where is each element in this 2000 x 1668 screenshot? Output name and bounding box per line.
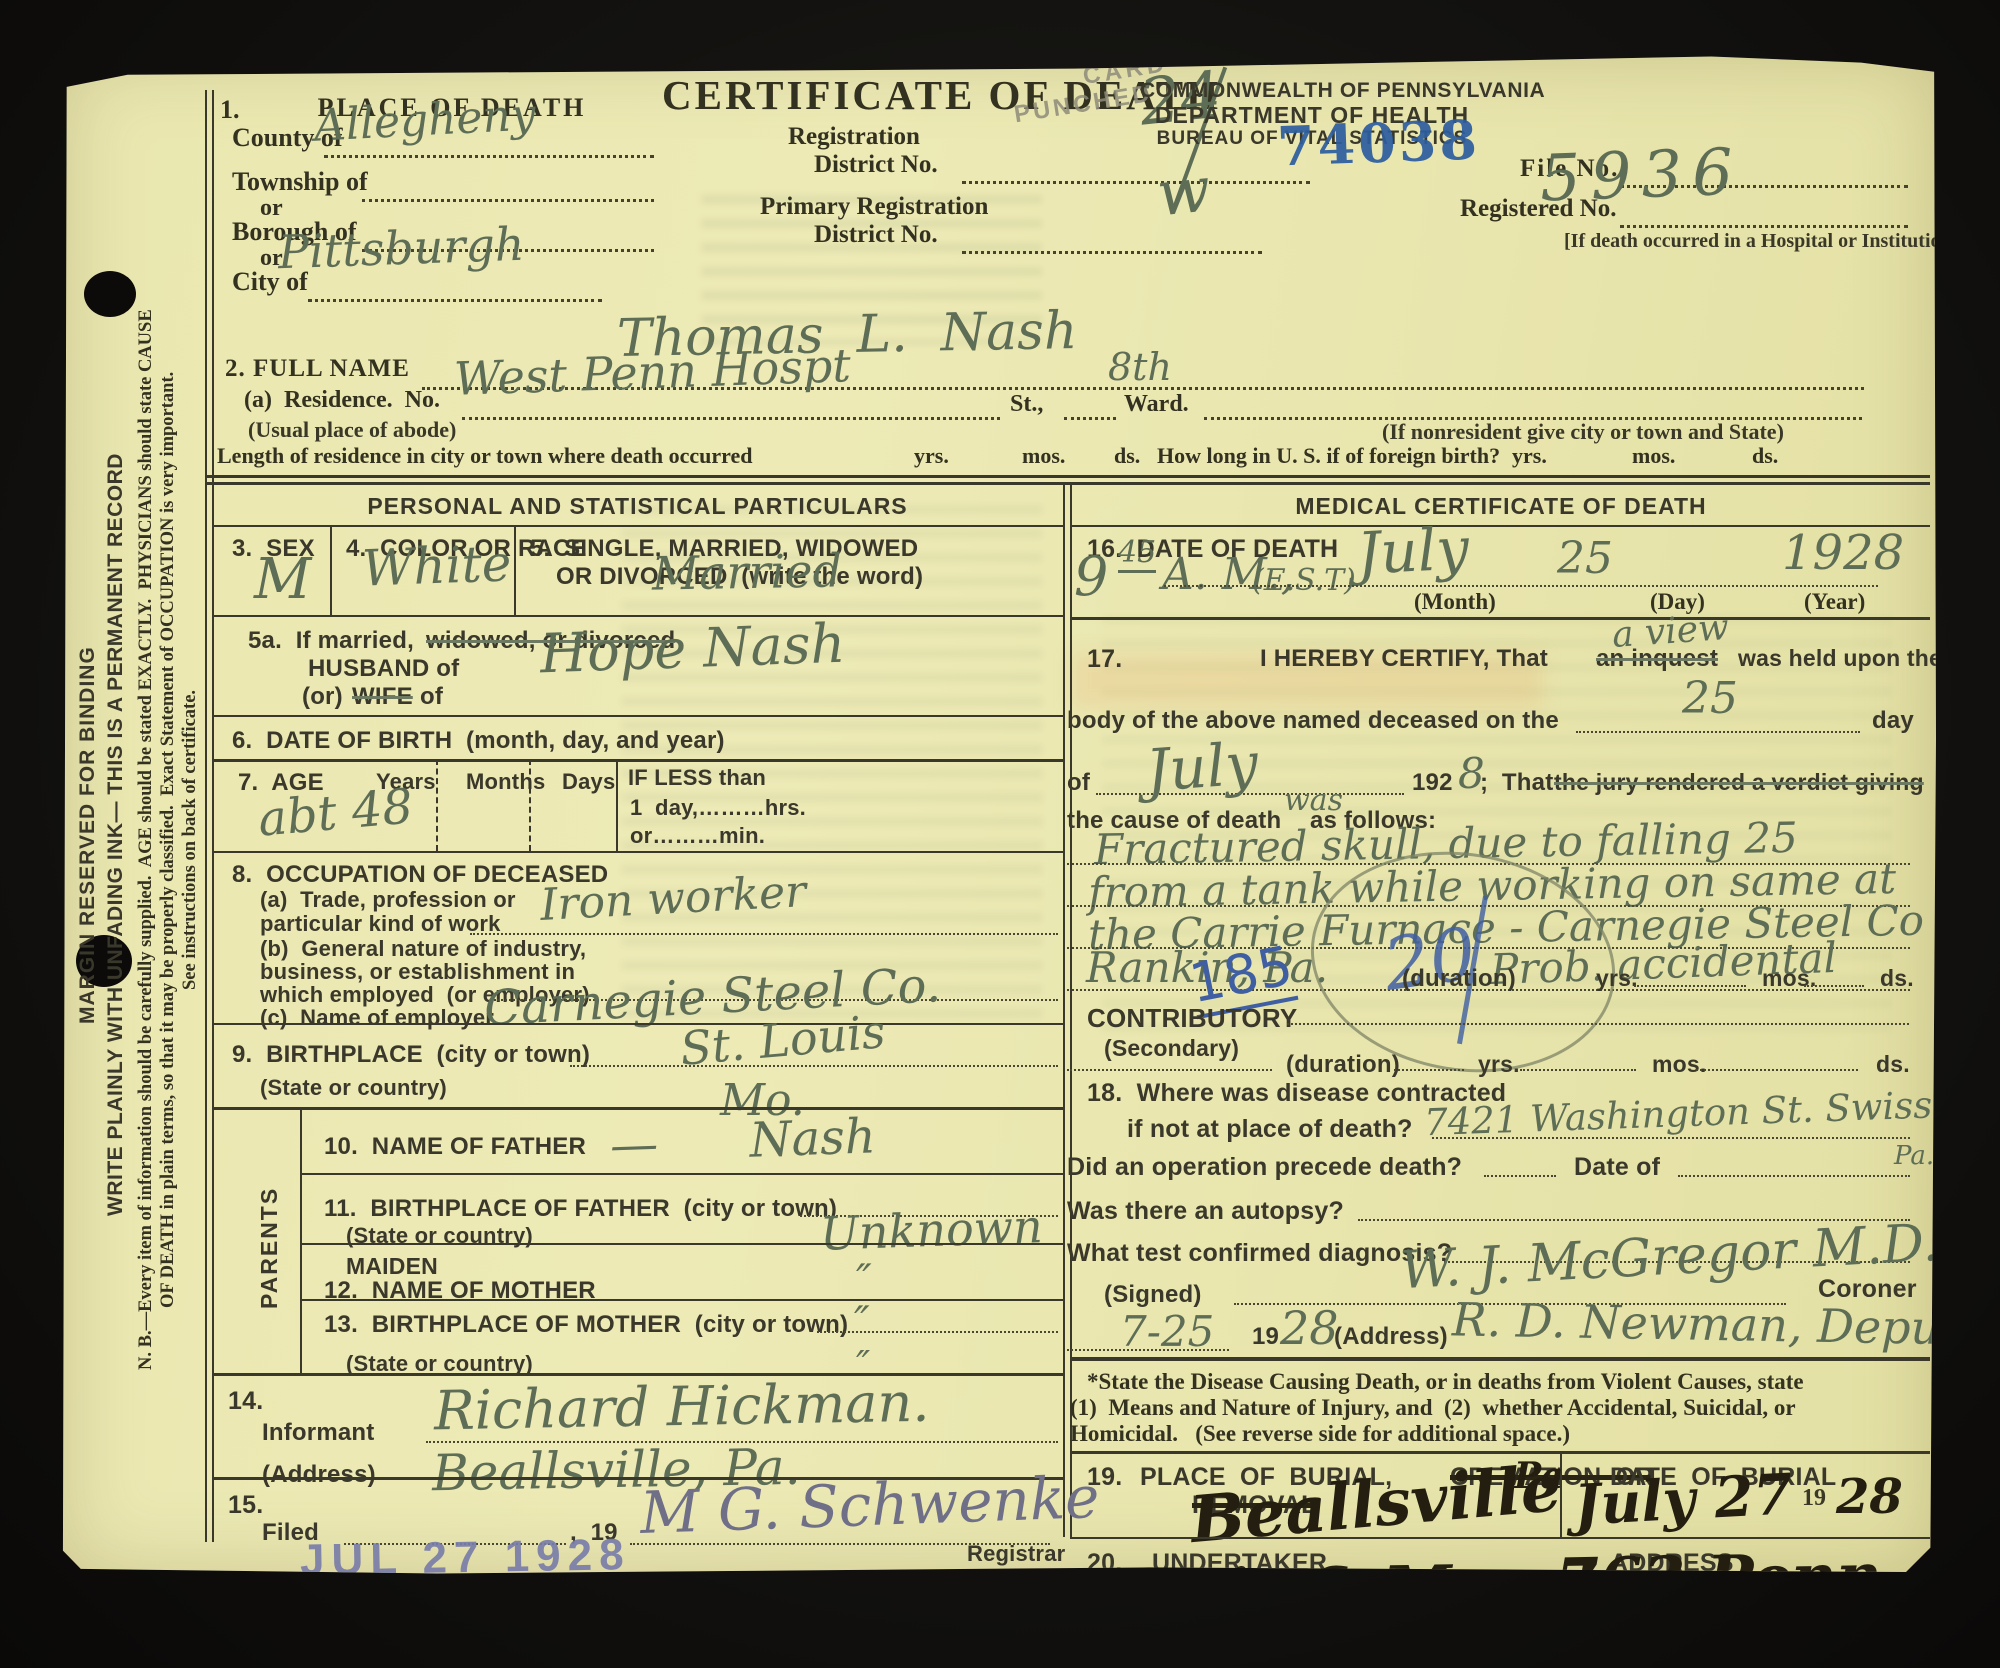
mos-label: mos. xyxy=(1652,1051,1706,1078)
registration-district-label: District No. xyxy=(814,151,938,179)
dotted-line xyxy=(962,251,1262,254)
full-name-label: 2. FULL NAME xyxy=(225,355,410,383)
commonwealth-heading: COMMONWEALTH OF PENNSYLVANIA xyxy=(1140,79,1484,103)
residence-label: (a) Residence. No. xyxy=(244,387,440,414)
form-border-line xyxy=(205,90,207,1542)
burial-year-value: 28 xyxy=(1836,1469,1903,1525)
length-residence-label: Length of residence in city or town wher… xyxy=(217,443,752,469)
date-of-birth-label: 6. DATE OF BIRTH (month, day, and year) xyxy=(232,727,725,755)
ds-label: ds. xyxy=(1114,443,1140,469)
primary-registration-label: Primary Registration xyxy=(760,193,988,221)
certify-number: 17. xyxy=(1087,645,1122,674)
deputy-signature: R. D. Newman, Deputy xyxy=(1452,1292,1986,1355)
death-year-value: 1928 xyxy=(1782,525,1904,581)
dotted-line xyxy=(362,199,654,202)
informant-address-label: (Address) xyxy=(262,1461,376,1489)
margin-nb-note-line1: N. B.—Every item of information should b… xyxy=(136,115,157,1565)
signed-year-value: 28 xyxy=(1280,1301,1339,1355)
county-value: Allegheny xyxy=(313,89,537,152)
parents-bracket-line xyxy=(300,1107,302,1373)
margin-nb-note-line2: OF DEATH in plain terms, so that it may … xyxy=(158,115,179,1565)
yrs-label: yrs. xyxy=(914,443,949,469)
hospital-instruction-note: [If death occurred in a Hospital or Inst… xyxy=(1564,231,1912,252)
registration-label: Registration xyxy=(788,123,920,151)
ward-label: Ward. xyxy=(1124,391,1189,418)
death-time-hour: 9 xyxy=(1074,545,1108,608)
undertaker-address-value: 763 Penn Av xyxy=(1555,1537,1985,1617)
dotted-line xyxy=(308,299,602,302)
dotted-line xyxy=(570,1065,1058,1067)
rule-line xyxy=(300,1243,1063,1245)
rule-line xyxy=(212,851,1063,853)
rule-line xyxy=(212,715,1063,717)
mother-birthplace-ditto: ″ xyxy=(854,1297,870,1346)
duration-label: (duration) xyxy=(1402,965,1516,993)
filed-date-stamp: JUL 27 1928 xyxy=(300,1530,631,1586)
certify-192-label: 192 xyxy=(1412,769,1453,797)
certify-text-1: I HEREBY CERTIFY, That xyxy=(1260,645,1548,673)
rule-line xyxy=(212,1023,1063,1025)
contributory-label: CONTRIBUTORY xyxy=(1087,1003,1297,1034)
month-label: (Month) xyxy=(1414,589,1496,615)
rule-line xyxy=(212,525,1063,527)
dotted-line xyxy=(1287,1023,1909,1025)
undertaker-per-signature: Per O. E. Murphy xyxy=(1029,1588,1547,1661)
margin-nb-note-line3: See instructions on back of certificate. xyxy=(180,115,201,1565)
certify-text-2: was held upon the xyxy=(1738,645,1942,672)
certify-text-5: of xyxy=(1067,769,1090,797)
informant-value: Richard Hickman. xyxy=(433,1371,929,1443)
certify-month-value: July xyxy=(1144,729,1260,805)
state-country-label: (State or country) xyxy=(346,1223,533,1249)
rule-line xyxy=(212,1594,1930,1597)
dotted-line xyxy=(1064,417,1116,420)
age-days-label: Days xyxy=(562,769,615,795)
column-divider xyxy=(1063,482,1065,1537)
death-day-value: 25 xyxy=(1557,533,1613,584)
residence-value: West Penn Hospt xyxy=(453,338,851,406)
burial-19-label: 19 xyxy=(1802,1485,1826,1512)
rule-line xyxy=(1070,1537,1930,1539)
dotted-line xyxy=(462,417,1000,420)
form-border-line xyxy=(212,90,214,1542)
informant-label: Informant xyxy=(262,1419,374,1447)
spouse-value: Hope Nash xyxy=(539,612,846,686)
rule-line xyxy=(212,759,1063,762)
age-value: abt 48 xyxy=(256,778,415,847)
ds-label: ds. xyxy=(1880,965,1914,992)
margin-permanent-record-note: WRITE PLAINLY WITH UNFADING INK— THIS IS… xyxy=(104,125,128,1545)
if-married-label: 5a. If married, xyxy=(248,627,414,655)
maiden-label: MAIDEN xyxy=(346,1253,438,1280)
howlong-label: How long in U. S. if of foreign birth? xyxy=(1157,443,1500,469)
parents-group-label: PARENTS xyxy=(256,1163,283,1333)
registered-no-value: 5936 xyxy=(1539,135,1744,216)
ifless-label-line1: IF LESS than xyxy=(628,765,766,791)
ifless-label-line2: 1 day,………hrs. xyxy=(630,795,806,821)
certify-that-label: ; That xyxy=(1480,769,1553,797)
yrs-label: yrs. xyxy=(1478,1051,1520,1078)
certify-text-4: day xyxy=(1872,707,1914,735)
nonresident-note: (If nonresident give city or town and St… xyxy=(1382,419,1784,445)
dotted-line xyxy=(1634,985,1746,987)
personal-particulars-heading: PERSONAL AND STATISTICAL PARTICULARS xyxy=(212,493,1063,520)
undertaker-city-value: Wilkinsburg Pa xyxy=(1553,1580,1985,1654)
violent-causes-footnote-line2: (1) Means and Nature of Injury, and (2) … xyxy=(1070,1395,1796,1421)
death-time-minutes: 45 xyxy=(1118,535,1156,573)
ds-label: ds. xyxy=(1876,1051,1910,1078)
dotted-line xyxy=(470,933,1058,935)
death-time-est: (E.S.T) xyxy=(1252,563,1356,598)
dotted-line xyxy=(1678,1175,1910,1177)
disease-contracted-value: 7421 Washington St. Swissvale xyxy=(1423,1081,2000,1144)
abode-note: (Usual place of abode) xyxy=(248,417,456,443)
township-label: Township of xyxy=(232,167,368,197)
dotted-line xyxy=(1067,1069,1272,1071)
district-hw-denominator: w xyxy=(1153,152,1213,230)
rule-line xyxy=(205,475,1930,478)
burial-date-value: July 27 xyxy=(1572,1461,1794,1538)
race-value: White xyxy=(361,534,512,597)
dotted-line xyxy=(1576,731,1860,733)
cell-divider-dashed xyxy=(436,759,438,851)
certificate-paper: MARGIN RESERVED FOR BINDING WRITE PLAINL… xyxy=(62,55,1936,1575)
rule-line xyxy=(212,1587,1930,1590)
primary-district-label: District No. xyxy=(814,221,938,249)
ds-label: ds. xyxy=(1752,443,1778,469)
dotted-line xyxy=(1620,225,1908,228)
registrar-signature: M G. Schwenke xyxy=(639,1463,1100,1547)
certify-text-3: body of the above named deceased on the xyxy=(1067,707,1559,735)
dotted-line xyxy=(1164,585,1878,587)
mother-birthplace-label: 13. BIRTHPLACE OF MOTHER (city or town) xyxy=(324,1311,848,1339)
cell-divider xyxy=(616,759,618,851)
death-month-value: July xyxy=(1355,514,1470,588)
dotted-line xyxy=(1484,1175,1556,1177)
certify-day-value: 25 xyxy=(1682,673,1738,724)
filed-number: 15. xyxy=(228,1491,263,1520)
occupation-a-label1: (a) Trade, profession or xyxy=(260,887,516,913)
rule-line xyxy=(212,1107,1063,1110)
disease-contracted-label-line2: if not at place of death? xyxy=(1127,1115,1413,1144)
dotted-line xyxy=(1520,1069,1636,1071)
dotted-line xyxy=(1804,985,1864,987)
dotted-line xyxy=(1696,1069,1858,1071)
husband-of-label: HUSBAND of xyxy=(308,655,459,683)
occupation-a-label2: particular kind of work xyxy=(260,911,501,937)
operation-label: Did an operation precede death? xyxy=(1067,1153,1462,1182)
mos-label: mos. xyxy=(1632,443,1675,469)
dotted-line xyxy=(962,181,1310,184)
section1-number: 1. xyxy=(220,95,240,125)
medical-certificate-heading: MEDICAL CERTIFICATE OF DEATH xyxy=(1072,493,1930,520)
certify-insert-a-view: a view xyxy=(1611,607,1730,656)
date-of-label: Date of xyxy=(1574,1153,1660,1182)
yrs-label: yrs. xyxy=(1512,443,1547,469)
father-name-label: 10. NAME OF FATHER xyxy=(324,1133,586,1161)
ifless-label-line3: or………min. xyxy=(630,823,765,849)
secondary-label: (Secondary) xyxy=(1104,1035,1239,1062)
wife-of-label: of xyxy=(420,683,443,711)
informant-number: 14. xyxy=(228,1387,263,1416)
rule-line xyxy=(1070,1357,1930,1361)
burial-place-suffix: Pa xyxy=(1514,1455,1563,1497)
autopsy-label: Was there an autopsy? xyxy=(1067,1197,1344,1226)
rule-line xyxy=(212,615,1063,617)
cell-divider-dashed xyxy=(529,759,531,851)
father-birthplace-label: 11. BIRTHPLACE OF FATHER (city or town) xyxy=(324,1195,837,1223)
signed-label: (Signed) xyxy=(1104,1281,1202,1309)
birthplace-label: 9. BIRTHPLACE (city or town) xyxy=(232,1041,590,1069)
rule-line xyxy=(205,482,1930,485)
marital-value: Married xyxy=(652,543,843,600)
cell-divider xyxy=(514,525,516,615)
signed-19-label: 19 xyxy=(1252,1323,1279,1351)
cell-divider xyxy=(330,525,332,615)
age-months-label: Months xyxy=(466,769,545,795)
father-name-value: — Nash xyxy=(609,1108,877,1173)
margin-binding-note: MARGIN RESERVED FOR BINDING xyxy=(76,125,100,1545)
state-country-label: (State or country) xyxy=(260,1075,447,1101)
scan-background: MARGIN RESERVED FOR BINDING WRITE PLAINL… xyxy=(0,0,2000,1668)
or-wife-label: (or) xyxy=(302,683,343,711)
street-label: St., xyxy=(1010,391,1043,418)
rule-line xyxy=(1070,617,1930,620)
dotted-line xyxy=(324,155,654,158)
rule-line xyxy=(300,1173,1063,1175)
file-number-stamp: 74038 xyxy=(1276,107,1481,178)
father-birthplace-state-value: Unknown xyxy=(819,1199,1043,1261)
certify-struck-jury-verdict: the jury rendered a verdict giving xyxy=(1554,769,1924,796)
burial-number: 19. xyxy=(1087,1463,1122,1492)
violent-causes-footnote-line3: Homicidal. (See reverse side for additio… xyxy=(1070,1421,1570,1447)
test-confirmed-label: What test confirmed diagnosis? xyxy=(1067,1239,1452,1268)
dotted-line xyxy=(1067,1349,1229,1351)
signed-address-label: (Address) xyxy=(1334,1323,1448,1351)
dotted-line xyxy=(1394,1069,1464,1071)
duration2-label: (duration) xyxy=(1286,1051,1400,1079)
mos-label: mos. xyxy=(1022,443,1065,469)
ward-value: 8th xyxy=(1108,345,1172,389)
wife-struck-label: WIFE xyxy=(352,683,413,711)
column-divider xyxy=(1070,482,1072,1537)
city-value: Pittsburgh xyxy=(277,217,525,280)
rule-line xyxy=(300,1299,1063,1301)
year-label: (Year) xyxy=(1804,589,1865,615)
mos-label: mos. xyxy=(1762,965,1816,992)
registrar-label: Registrar xyxy=(967,1541,1065,1567)
rule-line xyxy=(1070,1451,1930,1454)
disease-contracted-value2: Pa. xyxy=(1894,1141,1934,1171)
violent-causes-footnote-line1: *State the Disease Causing Death, or in … xyxy=(1087,1369,1804,1395)
yrs-label: yrs. xyxy=(1596,965,1638,992)
occupation-c-label: (c) Name of employer xyxy=(260,1005,494,1031)
sex-value: M xyxy=(254,547,311,612)
